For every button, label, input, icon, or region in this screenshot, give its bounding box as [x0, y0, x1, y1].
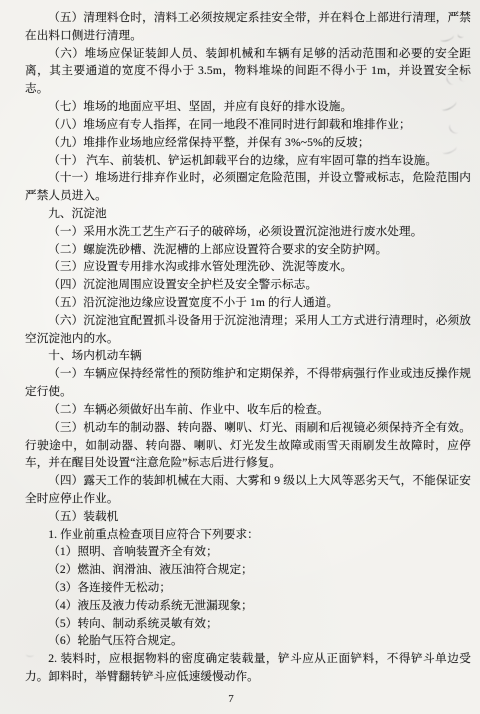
- paragraph: （四）沉淀池周围应设置安全护栏及安全警示标志。: [25, 276, 471, 294]
- paragraph: （五）清理料仓时，清料工必须按规定系挂安全带，并在料仓上部进行清理，严禁在出料口…: [25, 9, 471, 45]
- paragraph: （七）堆场的地面应平坦、坚固，并应有良好的排水设施。: [25, 98, 471, 116]
- paragraph: （十） 汽车、前装机、铲运机卸载平台的边缘，应有牢固可靠的挡车设施。: [25, 152, 471, 170]
- paragraph: 十、场内机动车辆: [25, 347, 471, 365]
- paragraph: （三）应设置专用排水沟或排水管处理洗砂、洗泥等废水。: [25, 258, 471, 276]
- paragraph: 2. 装料时，应根据物料的密度确定装载量，铲斗应从正面铲料，不得铲斗单边受力。卸…: [25, 650, 471, 686]
- paragraph: （一）采用水洗工艺生产石子的破碎场，必须设置沉淀池进行废水处理。: [25, 223, 471, 241]
- paragraph: （二）车辆必须做好出车前、作业中、收车后的检查。: [25, 401, 471, 419]
- paragraph: （十一）堆场进行排弃作业时，必须圈定危险范围，并设立警戒标志，危险范围内严禁人员…: [25, 169, 471, 205]
- paragraph: （6）轮胎气压符合规定。: [25, 632, 471, 650]
- paragraph: （五）沿沉淀池边缘应设置宽度不小于 1m 的行人通道。: [25, 294, 471, 312]
- paragraph: （二）螺旋洗砂槽、洗泥槽的上部应设置符合要求的安全防护网。: [25, 241, 471, 259]
- paragraph: （六）堆场应保证装卸人员、装卸机械和车辆有足够的活动范围和必要的安全距离，其主要…: [25, 45, 471, 98]
- paragraph: （1）照明、音响装置齐全有效；: [25, 543, 471, 561]
- paragraph: 九、沉淀池: [25, 205, 471, 223]
- paragraph: （六）沉淀池宜配置抓斗设备用于沉淀池清理；采用人工方式进行清理时，必须放空沉淀池…: [25, 312, 471, 348]
- paragraph: （2）燃油、润滑油、液压油符合规定；: [25, 561, 471, 579]
- document-page: （五）清理料仓时，清料工必须按规定系挂安全带，并在料仓上部进行清理，严禁在出料口…: [0, 0, 480, 714]
- paragraph: （3）各连接件无松动；: [25, 579, 471, 597]
- paragraph: 1. 作业前重点检查项目应符合下列要求：: [25, 526, 471, 544]
- paragraph: （四）露天工作的装卸机械在大雨、大雾和 9 级以上大风等恶劣天气，不能保证安全时…: [25, 472, 471, 508]
- paragraph: （5）转向、制动系统灵敏有效；: [25, 615, 471, 633]
- paragraph: （三）机动车的制动器、转向器、喇叭、灯光、雨刷和后视镜必须保持齐全有效。行驶途中…: [25, 419, 471, 472]
- paragraph: （4）液压及液力传动系统无泄漏现象；: [25, 597, 471, 615]
- paragraph: （八）堆场应有专人指挥，在同一地段不准同时进行卸载和堆排作业；: [25, 116, 471, 134]
- paragraph: （一）车辆应保持经常性的预防维护和定期保养，不得带病强行作业或违反操作规定行使。: [25, 365, 471, 401]
- paragraph: （五）装载机: [25, 508, 471, 526]
- text-block: （五）清理料仓时，清料工必须按规定系挂安全带，并在料仓上部进行清理，严禁在出料口…: [25, 9, 471, 686]
- page-number: 7: [0, 693, 462, 705]
- paragraph: （九）堆排作业场地应经常保持平整，并保有 3%~5%的反坡；: [25, 134, 471, 152]
